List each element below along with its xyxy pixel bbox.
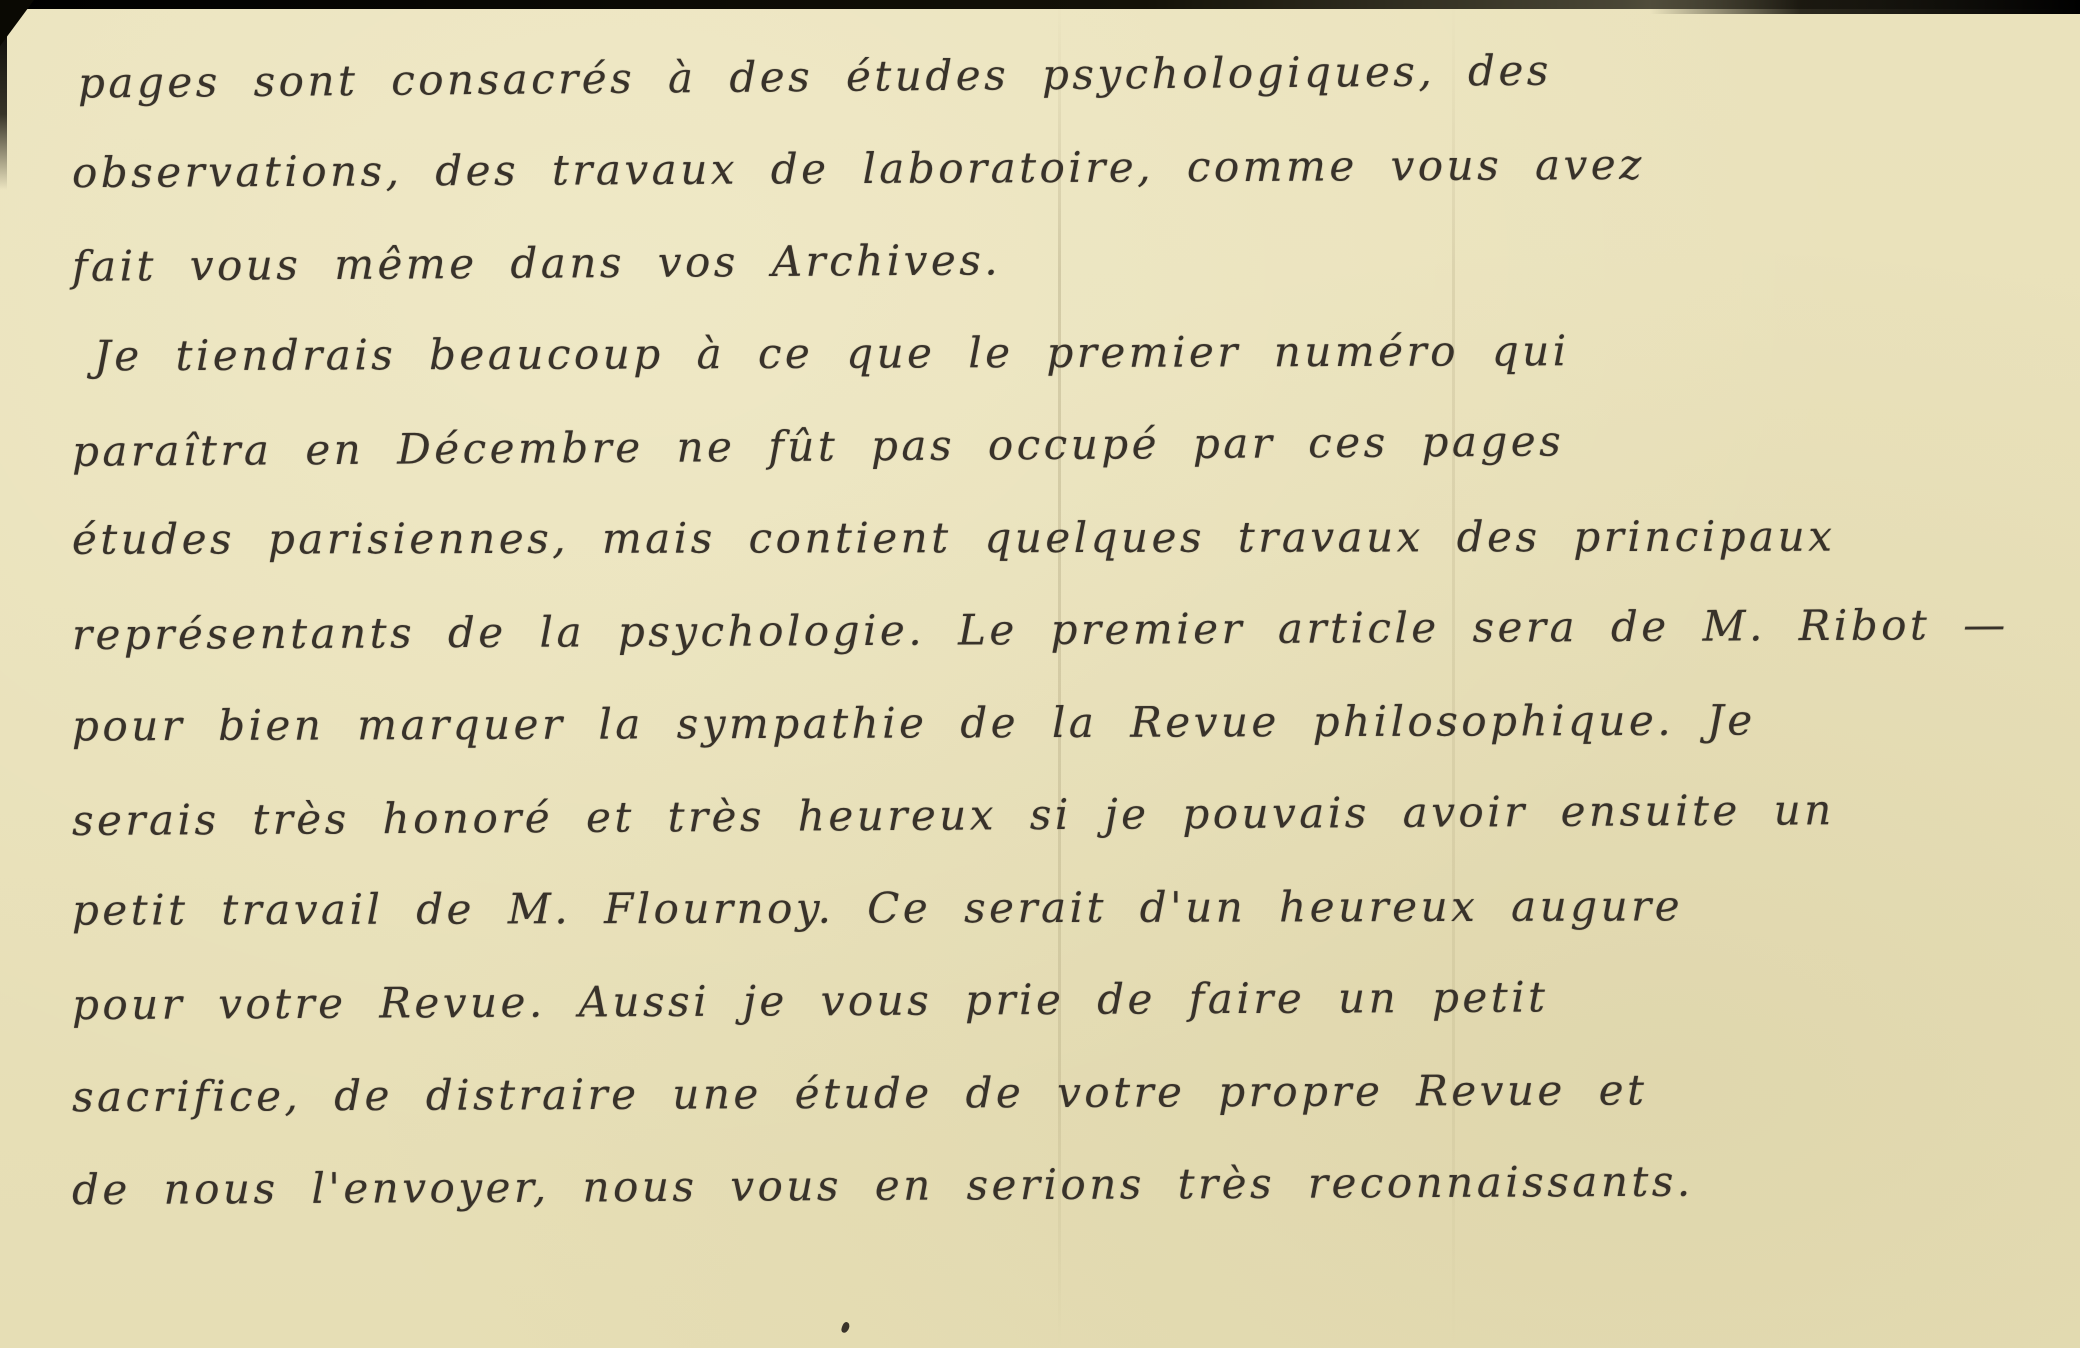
handwritten-line-8: pour bien marquer la sympathie de la Rev… <box>72 672 2032 771</box>
letter-body: pages sont consacrés à des études psycho… <box>72 28 2032 1231</box>
scan-corner-top-left <box>0 0 34 46</box>
handwritten-line-7: représentants de la psychologie. Le prem… <box>72 578 2032 681</box>
letter-scan: pages sont consacrés à des études psycho… <box>0 0 2080 1348</box>
ink-dot <box>840 1321 850 1334</box>
handwritten-line-5: paraîtra en Décembre ne fût pas occupé p… <box>72 391 2033 497</box>
handwritten-line-2: observations, des travaux de laboratoire… <box>72 115 2032 218</box>
handwritten-line-4: Je tiendrais beaucoup à ce que le premie… <box>72 302 2032 401</box>
handwritten-line-3: fait vous même dans vos Archives. <box>72 206 2033 312</box>
handwritten-line-13: de nous l'envoyer, nous vous en serions … <box>72 1133 2032 1236</box>
handwritten-line-9: serais très honoré et très heureux si je… <box>72 762 2033 866</box>
scan-edge-top-right <box>1650 0 2080 14</box>
handwritten-line-1: pages sont consacrés à des études psycho… <box>72 19 2033 129</box>
handwritten-line-6: études parisiennes, mais contient quelqu… <box>72 489 2032 585</box>
handwritten-line-11: pour votre Revue. Aussi je vous prie de … <box>72 948 2032 1051</box>
handwritten-line-10: petit travail de M. Flournoy. Ce serait … <box>72 858 2032 956</box>
letter-page: pages sont consacrés à des études psycho… <box>0 0 2080 1348</box>
handwritten-line-12: sacrifice, de distraire une étude de vot… <box>72 1041 2032 1142</box>
